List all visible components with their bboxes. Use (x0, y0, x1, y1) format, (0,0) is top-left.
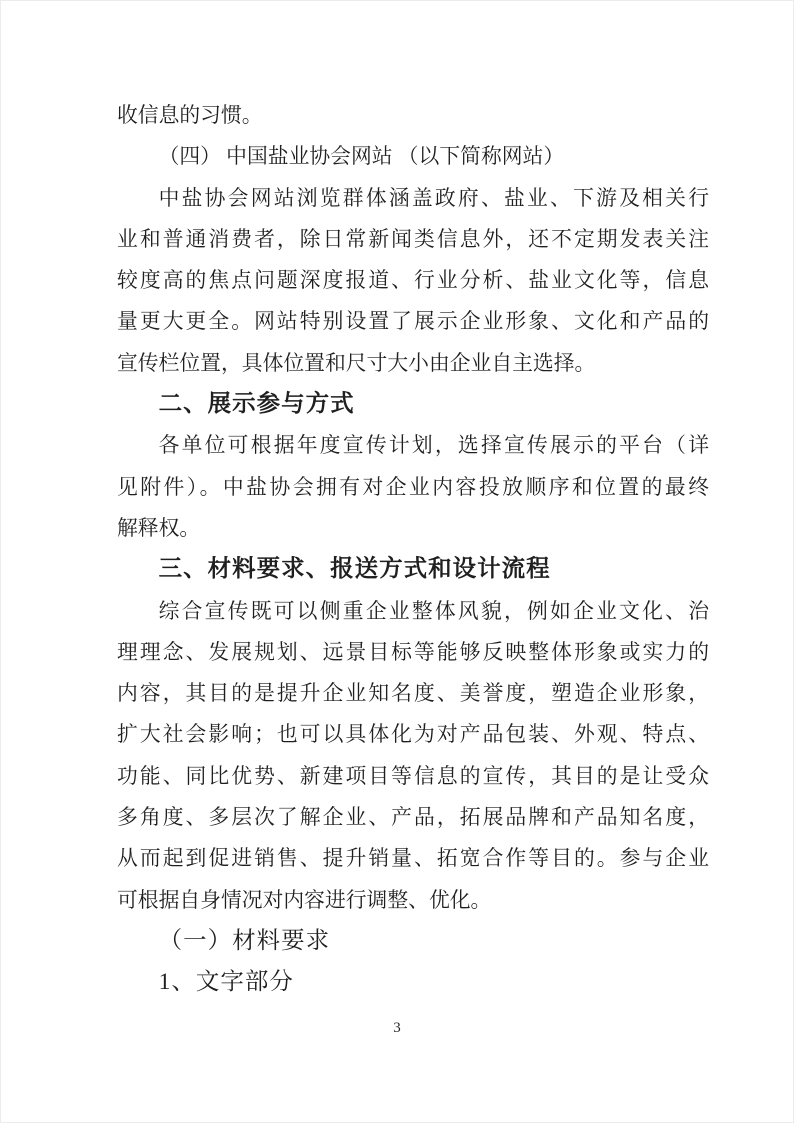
para-previous-continuation-line: 收信息的习惯。 (117, 95, 709, 136)
para-comprehensive-publicity-line: 综合宣传既可以侧重企业整体风貌，例如企业文化、治 (117, 591, 709, 632)
document-page: 收信息的习惯。（四） 中国盐业协会网站 （以下简称网站）中盐协会网站浏览群体涵盖… (0, 0, 794, 1123)
para-website-description-line: 较度高的焦点问题深度报道、行业分析、盐业文化等，信息 (117, 260, 709, 301)
para-participation-method-line: 解释权。 (117, 508, 709, 549)
heading-section-two-line: 二、展示参与方式 (117, 384, 709, 425)
para-comprehensive-publicity-line: 内容，其目的是提升企业知名度、美誉度，塑造企业形象， (117, 673, 709, 714)
para-website-description-line: 业和普通消费者，除日常新闻类信息外，还不定期发表关注 (117, 219, 709, 260)
heading-section-three-line: 三、材料要求、报送方式和设计流程 (117, 549, 709, 590)
para-website-description-line: 中盐协会网站浏览群体涵盖政府、盐业、下游及相关行 (117, 178, 709, 219)
document-body: 收信息的习惯。（四） 中国盐业协会网站 （以下简称网站）中盐协会网站浏览群体涵盖… (117, 95, 709, 1004)
para-participation-method-line: 各单位可根据年度宣传计划，选择宣传展示的平台（详 (117, 425, 709, 466)
para-comprehensive-publicity-line: 从而起到促进销售、提升销量、拓宽合作等目的。参与企业 (117, 838, 709, 879)
heading-section-four-line: （四） 中国盐业协会网站 （以下简称网站） (117, 136, 709, 177)
para-comprehensive-publicity-line: 功能、同比优势、新建项目等信息的宣传，其目的是让受众 (117, 756, 709, 797)
heading-text-part-line: 1、文字部分 (117, 962, 709, 1003)
page-number: 3 (1, 1018, 793, 1038)
heading-material-requirements-line: （一）材料要求 (117, 921, 709, 962)
para-website-description-line: 宣传栏位置，具体位置和尺寸大小由企业自主选择。 (117, 343, 709, 384)
para-participation-method-line: 见附件）。中盐协会拥有对企业内容投放顺序和位置的最终 (117, 467, 709, 508)
para-comprehensive-publicity-line: 可根据自身情况对内容进行调整、优化。 (117, 880, 709, 921)
para-comprehensive-publicity-line: 理理念、发展规划、远景目标等能够反映整体形象或实力的 (117, 632, 709, 673)
para-comprehensive-publicity-line: 扩大社会影响；也可以具体化为对产品包装、外观、特点、 (117, 714, 709, 755)
para-comprehensive-publicity-line: 多角度、多层次了解企业、产品，拓展品牌和产品知名度， (117, 797, 709, 838)
para-website-description-line: 量更大更全。网站特别设置了展示企业形象、文化和产品的 (117, 301, 709, 342)
